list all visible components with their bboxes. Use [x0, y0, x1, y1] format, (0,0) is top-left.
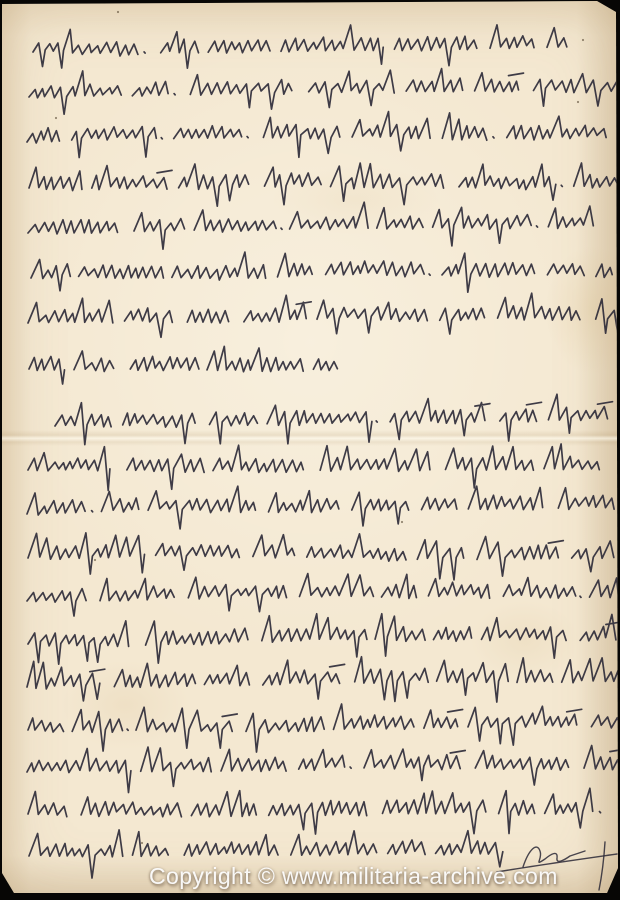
dust-speck	[582, 39, 584, 41]
fold-crease	[0, 430, 620, 446]
dust-speck	[117, 11, 119, 13]
handwriting-stroke	[29, 830, 503, 878]
paper-stain	[270, 165, 440, 235]
handwriting-stroke	[31, 252, 612, 292]
handwriting-stroke	[28, 614, 620, 664]
handwriting-ink	[0, 0, 620, 900]
handwriting-stroke	[599, 842, 605, 890]
handwriting-stroke	[29, 69, 620, 115]
handwriting-stroke	[28, 444, 599, 490]
handwriting-stroke	[523, 847, 585, 867]
dust-speck	[401, 521, 403, 523]
handwriting-stroke	[28, 788, 601, 834]
dust-speck	[577, 101, 579, 103]
handwriting-stroke	[27, 112, 606, 158]
paper-stain	[470, 600, 580, 680]
handwriting-stroke	[28, 533, 614, 580]
handwriting-stroke	[27, 574, 620, 617]
handwriting-stroke	[55, 394, 613, 444]
handwriting-stroke	[28, 293, 620, 337]
handwriting-stroke	[33, 25, 567, 68]
handwriting-stroke	[28, 202, 593, 249]
paper-stain	[545, 245, 620, 375]
handwriting-stroke	[27, 486, 614, 529]
handwriting-stroke	[27, 657, 620, 702]
handwriting-stroke	[28, 704, 620, 752]
dust-speck	[55, 117, 57, 119]
dust-speck	[141, 842, 143, 844]
letter-page	[0, 0, 620, 900]
handwriting-stroke	[497, 854, 617, 872]
paper-stain	[60, 660, 190, 750]
dust-speck	[94, 559, 96, 561]
scan-background: Copyright © www.militaria-archive.com	[0, 0, 620, 900]
handwriting-stroke	[29, 346, 337, 384]
handwriting-stroke	[27, 746, 620, 793]
handwriting-stroke	[29, 163, 618, 206]
